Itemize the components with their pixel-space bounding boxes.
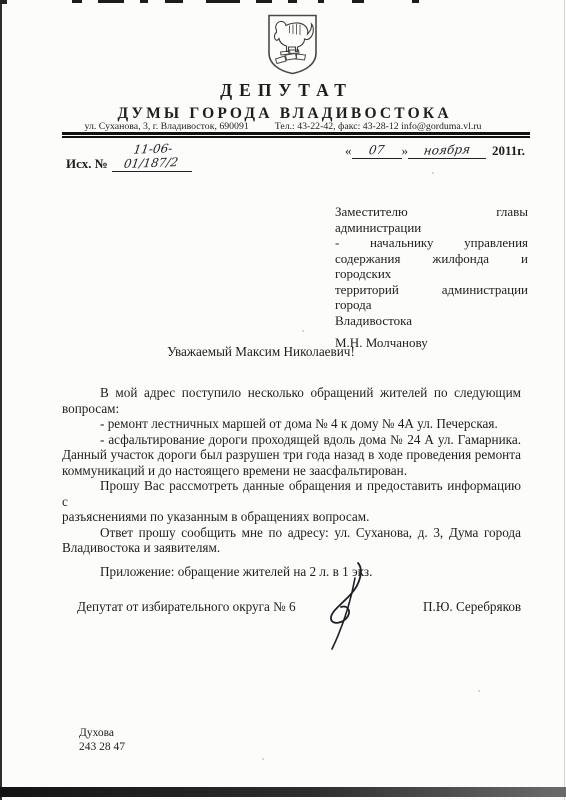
- scan-bottom-band: [0, 787, 566, 797]
- org-title-deputy: ДЕПУТАТ: [10, 80, 556, 101]
- scanned-letter-page: ДЕПУТАТ ДУМЫ ГОРОДА ВЛАДИВОСТОКА ул. Сух…: [0, 0, 566, 800]
- signature-icon: [318, 560, 380, 652]
- vladivostok-tiger-shield-icon: [266, 13, 319, 76]
- outgoing-number-handwritten: 11-06-01/187/2: [110, 141, 194, 172]
- scan-speck: [262, 758, 264, 760]
- scan-artifact: [256, 0, 272, 3]
- body-line: Данный участок дороги был разрушен три г…: [62, 447, 521, 463]
- scan-artifact: [318, 0, 324, 3]
- executor-name: Духова: [79, 726, 125, 740]
- scan-edge-left: [0, 0, 2, 800]
- org-contacts: Тел.: 43-22-42, факс: 43-28-12 info@gord…: [275, 121, 482, 132]
- org-address: ул. Суханова, 3, г. Владивосток, 690091: [85, 121, 249, 132]
- recipient-line: Заместителю главы администрации: [335, 204, 528, 235]
- date-line: «07»ноября2011г.: [345, 142, 525, 159]
- date-day-field: 07: [352, 142, 402, 159]
- body-spacer: [62, 556, 521, 564]
- letterhead-contact-line: ул. Суханова, 3, г. Владивосток, 690091 …: [0, 121, 566, 132]
- executor-phone: 243 28 47: [79, 740, 125, 754]
- body-line: вопросам:: [62, 401, 521, 417]
- scan-artifact: [412, 0, 419, 3]
- outgoing-ref-line: Исх. №11-06-01/187/2: [66, 142, 192, 172]
- handwritten-signature-icon: [318, 560, 380, 652]
- body-line: - ремонт лестничных маршей от дома № 4 к…: [62, 416, 521, 432]
- scan-edge-right: [564, 0, 565, 800]
- body-line: - асфальтирование дороги проходящей вдол…: [62, 432, 521, 448]
- letter-body: В мой адрес поступило несколько обращени…: [62, 385, 521, 579]
- scan-artifact: [72, 0, 82, 3]
- attachment-line: Приложение: обращение жителей на 2 л. в …: [62, 564, 521, 580]
- date-month-field: ноября: [408, 142, 486, 159]
- body-line: разъяснениями по указанным в обращениях …: [62, 509, 521, 525]
- date-year: 2011г.: [492, 143, 525, 158]
- body-line: Ответ прошу сообщить мне по адресу: ул. …: [62, 525, 521, 541]
- date-month-handwritten: ноября: [423, 142, 471, 158]
- date-day-handwritten: 07: [368, 143, 385, 158]
- signer-position: Депутат от избирательного округа № 6: [77, 599, 296, 615]
- body-line: Владивостока и заявителям.: [62, 540, 521, 556]
- letterhead-divider: [62, 132, 530, 138]
- scan-speck: [432, 172, 434, 174]
- scan-artifact: [352, 0, 364, 3]
- scan-artifact: [140, 0, 148, 3]
- scan-speck: [478, 690, 480, 692]
- scan-artifact: [165, 0, 183, 3]
- outgoing-number-label: Исх. №: [66, 156, 108, 171]
- scan-artifact: [206, 0, 240, 3]
- body-line: коммуникаций и до настоящего времени не …: [62, 463, 521, 479]
- scan-artifact: [288, 0, 297, 3]
- body-line: В мой адрес поступило несколько обращени…: [62, 385, 521, 401]
- salutation: Уважаемый Максим Николаевич!: [62, 344, 460, 360]
- scan-artifact: [0, 0, 7, 4]
- outgoing-number-field: 11-06-01/187/2: [112, 142, 192, 172]
- scan-speck: [302, 330, 304, 332]
- scan-artifact: [98, 0, 124, 3]
- recipient-line: Владивостока: [335, 313, 528, 329]
- recipient-line: содержания жилфонда и городских: [335, 251, 528, 282]
- recipient-block: Заместителю главы администрации - началь…: [335, 204, 528, 351]
- body-line: Прошу Вас рассмотреть данные обращения и…: [62, 478, 521, 509]
- signer-name: П.Ю. Серебряков: [423, 599, 521, 615]
- recipient-line: - начальнику управления: [335, 235, 528, 251]
- coat-of-arms-icon: [266, 13, 319, 76]
- recipient-line: территорий администрации города: [335, 282, 528, 313]
- executor-block: Духова 243 28 47: [79, 726, 125, 754]
